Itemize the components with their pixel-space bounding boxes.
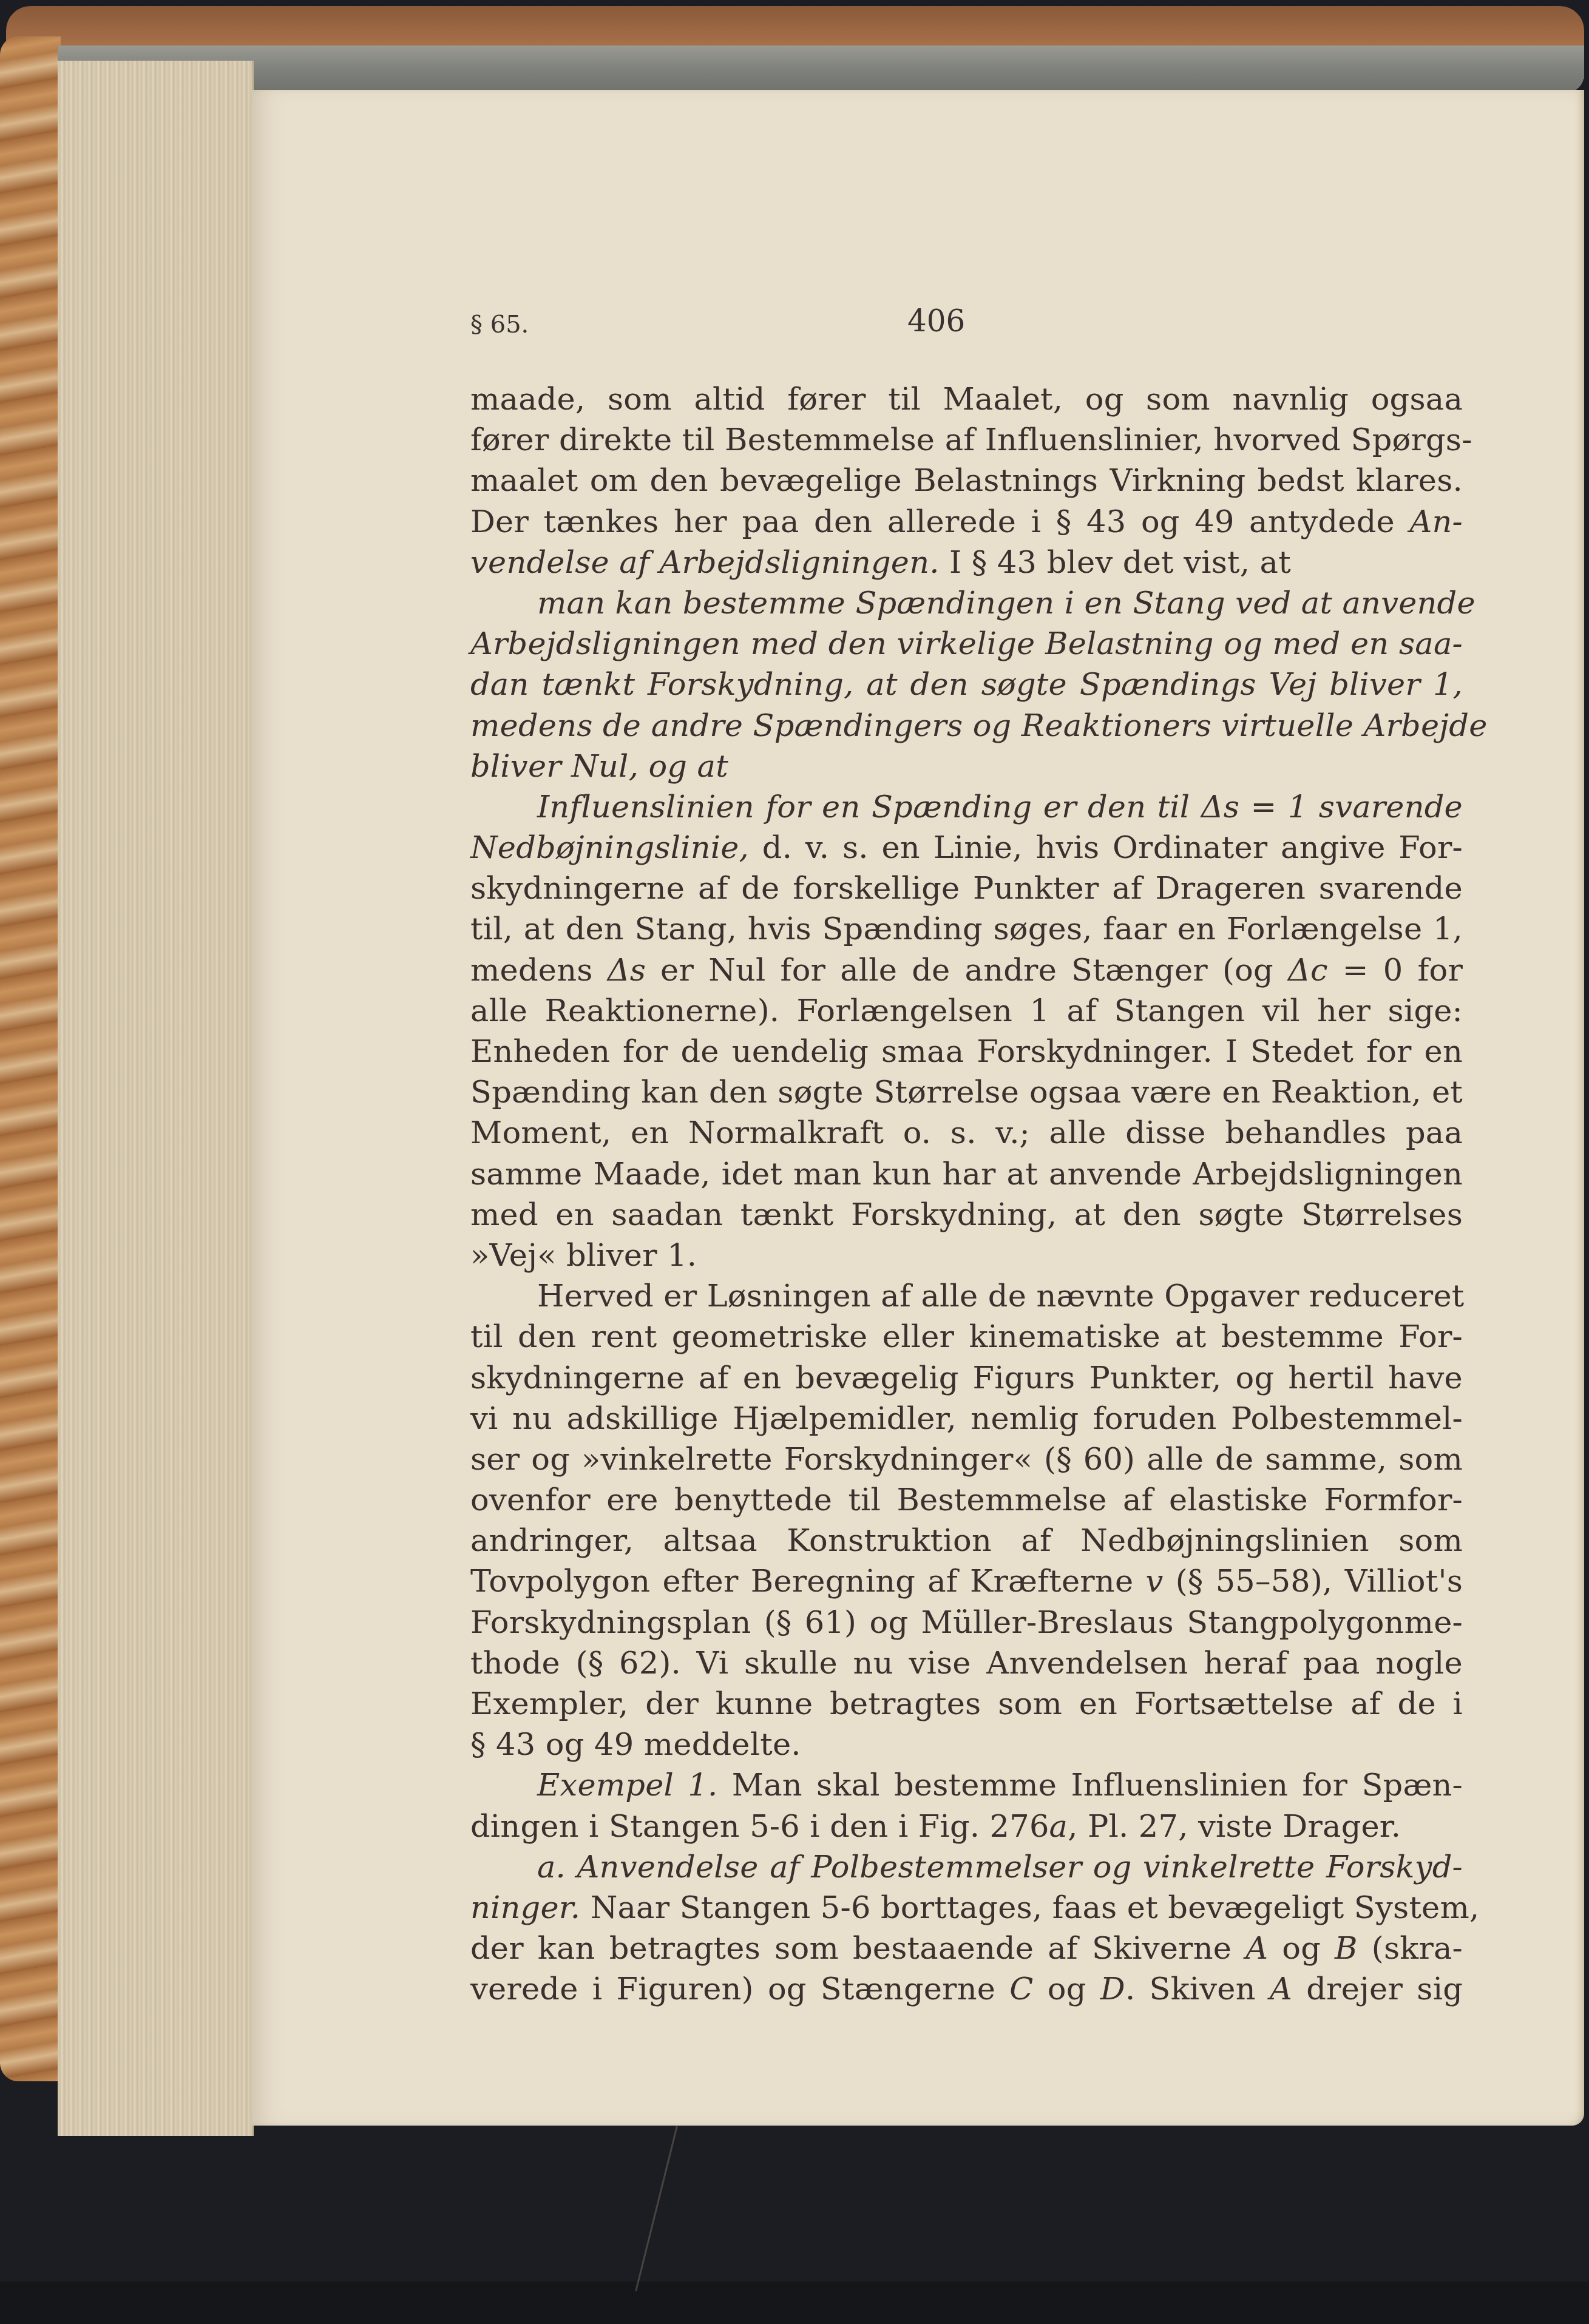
text-line: man kan bestemme Spændingen i en Stang v… [470, 583, 1463, 624]
text-line: samme Maade, idet man kun har at anvende… [470, 1154, 1463, 1195]
text: verede i Figuren) og Stængerne [470, 1971, 1009, 2007]
text-line: verede i Figuren) og Stængerne C og D. S… [470, 1969, 1463, 2010]
text-line: ovenfor ere benyttede til Bestemmelse af… [470, 1480, 1463, 1521]
text: Naar Stangen 5-6 borttages, faas et bevæ… [580, 1890, 1479, 1926]
text-line: Moment, en Normalkraft o. s. v.; alle di… [470, 1113, 1463, 1154]
text: fører direkte til Bestemmelse af Influen… [470, 422, 1472, 458]
text-line: Herved er Løsningen af alle de nævnte Op… [470, 1276, 1463, 1317]
body-text: maade, som altid fører til Maalet, og so… [470, 379, 1463, 2010]
italic-text: Δs [608, 953, 646, 988]
text: og [1268, 1931, 1335, 1967]
text: skydningerne af de forskellige Punkter a… [470, 871, 1463, 907]
paper-crease [635, 2126, 678, 2291]
text: der kan betragtes som bestaaende af Skiv… [470, 1931, 1245, 1967]
text-line: bliver Nul, og at [470, 746, 1463, 787]
text: dingen i Stangen 5-6 i den i Fig. 276 [470, 1809, 1049, 1845]
text-line: maade, som altid fører til Maalet, og so… [470, 379, 1463, 420]
text: med en saadan tænkt Forskydning, at den … [470, 1197, 1463, 1233]
text-line: medens de andre Spændingers og Reaktione… [470, 706, 1463, 746]
text: skydningerne af en bevægelig Figurs Punk… [470, 1360, 1463, 1396]
section-number: § 65. [470, 311, 529, 339]
text: og [1034, 1971, 1100, 2007]
text: = 0 for [1328, 953, 1463, 988]
text: Der tænkes her paa den allerede i § 43 o… [470, 504, 1409, 540]
text-line: Tovpolygon efter Beregning af Kræfterne … [470, 1561, 1463, 1602]
text: Forskydningsplan (§ 61) og Müller-Bresla… [470, 1605, 1463, 1641]
text-line: Exempel 1. Man skal bestemme Influenslin… [470, 1765, 1463, 1806]
text: Enheden for de uendelig smaa Forskydning… [470, 1034, 1463, 1070]
italic-text: A [1270, 1971, 1292, 2007]
text-line: Forskydningsplan (§ 61) og Müller-Bresla… [470, 1603, 1463, 1643]
text: andringer, altsaa Konstruktion af Nedbøj… [470, 1523, 1463, 1559]
text-line: »Vej« bliver 1. [470, 1235, 1463, 1276]
text-line: alle Reaktionerne). Forlængelsen 1 af St… [470, 991, 1463, 1032]
italic-text: D [1100, 1971, 1125, 2007]
text-line: § 43 og 49 meddelte. [470, 1724, 1463, 1765]
text: vi nu adskillige Hjælpemidler, nemlig fo… [470, 1401, 1463, 1437]
running-header: § 65. 406 [470, 303, 1466, 346]
text-line: skydningerne af de forskellige Punkter a… [470, 868, 1463, 909]
italic-text: Influenslinien for en Spænding er den ti… [537, 789, 1463, 825]
text: I § 43 blev det vist, at [940, 545, 1291, 581]
italic-text: Δc [1288, 953, 1328, 988]
text: medens [470, 953, 608, 988]
page-block-top-edge [58, 46, 1584, 93]
text: ser og »vinkelrette Forskydninger« (§ 60… [470, 1442, 1463, 1478]
text-line: Spænding kan den søgte Størrelse ogsaa v… [470, 1072, 1463, 1113]
page-number: 406 [907, 303, 965, 339]
text: Exempler, der kunne betragtes som en For… [470, 1686, 1463, 1722]
text: ovenfor ere benyttede til Bestemmelse af… [470, 1482, 1463, 1518]
text: , Pl. 27, viste Drager. [1068, 1809, 1401, 1845]
text: til, at den Stang, hvis Spænding søges, … [470, 911, 1463, 947]
text-line: dan tænkt Forskydning, at den søgte Spæn… [470, 664, 1463, 705]
text: maade, som altid fører til Maalet, og so… [470, 382, 1463, 417]
text-line: Der tænkes her paa den allerede i § 43 o… [470, 502, 1463, 542]
text: til den rent geometriske eller kinematis… [470, 1319, 1463, 1355]
text-line: Nedbøjningslinie, d. v. s. en Linie, hvi… [470, 828, 1463, 868]
italic-text: Nedbøjningslinie, [470, 830, 749, 866]
text: Moment, en Normalkraft o. s. v.; alle di… [470, 1115, 1463, 1151]
italic-text: An- [1409, 504, 1463, 540]
text-line: dingen i Stangen 5-6 i den i Fig. 276a, … [470, 1806, 1463, 1847]
text-line: der kan betragtes som bestaaende af Skiv… [470, 1928, 1463, 1969]
text-line: vi nu adskillige Hjælpemidler, nemlig fo… [470, 1399, 1463, 1439]
text-line: Enheden for de uendelig smaa Forskydning… [470, 1032, 1463, 1072]
italic-text: Arbejdsligningen med den virkelige Belas… [470, 626, 1463, 662]
text: maalet om den bevægelige Belastnings Vir… [470, 463, 1463, 499]
text-line: med en saadan tænkt Forskydning, at den … [470, 1195, 1463, 1235]
text-line: Influenslinien for en Spænding er den ti… [470, 787, 1463, 828]
text-line: thode (§ 62). Vi skulle nu vise Anvendel… [470, 1643, 1463, 1684]
text: drejer sig [1292, 1971, 1463, 2007]
text-line: vendelse af Arbejdsligningen. I § 43 ble… [470, 542, 1463, 583]
text: »Vej« bliver 1. [470, 1238, 697, 1274]
italic-text: vendelse af Arbejdsligningen. [470, 545, 940, 581]
text: . Skiven [1125, 1971, 1270, 2007]
text: er Nul for alle de andre Stænger (og [646, 953, 1288, 988]
italic-text: v [1145, 1564, 1163, 1599]
italic-text: dan tænkt Forskydning, at den søgte Spæn… [470, 667, 1463, 703]
italic-text: man kan bestemme Spændingen i en Stang v… [537, 586, 1475, 621]
text-line: skydningerne af en bevægelig Figurs Punk… [470, 1358, 1463, 1399]
text-line: ninger. Naar Stangen 5-6 borttages, faas… [470, 1888, 1463, 1928]
italic-text: C [1009, 1971, 1033, 2007]
text: Man skal bestemme Influenslinien for Spæ… [717, 1768, 1463, 1803]
text: Herved er Løsningen af alle de nævnte Op… [537, 1279, 1465, 1314]
text: (skra- [1358, 1931, 1463, 1967]
background-surface [0, 2282, 1589, 2324]
page-stack-edges [58, 61, 254, 2136]
text: Tovpolygon efter Beregning af Kræfterne [470, 1564, 1145, 1599]
text-line: til den rent geometriske eller kinematis… [470, 1317, 1463, 1357]
text-line: a. Anvendelse af Polbestemmelser og vink… [470, 1847, 1463, 1888]
text: thode (§ 62). Vi skulle nu vise Anvendel… [470, 1646, 1463, 1681]
text: § 43 og 49 meddelte. [470, 1727, 801, 1763]
italic-text: a. Anvendelse af Polbestemmelser og vink… [537, 1849, 1463, 1885]
italic-text: B [1335, 1931, 1358, 1967]
italic-text: ninger. [470, 1890, 580, 1926]
text-line: Exempler, der kunne betragtes som en For… [470, 1684, 1463, 1724]
italic-text: A [1245, 1931, 1268, 1967]
italic-text: bliver Nul, og at [470, 749, 728, 785]
text: (§ 55–58), Villiot's [1163, 1564, 1463, 1599]
text: d. v. s. en Linie, hvis Ordinater angive… [749, 830, 1463, 866]
italic-text: Exempel 1. [537, 1768, 717, 1803]
book-cover-marbled-spine [0, 36, 61, 2081]
italic-text: a [1049, 1809, 1068, 1845]
italic-text: medens de andre Spændingers og Reaktione… [470, 708, 1488, 744]
text-line: ser og »vinkelrette Forskydninger« (§ 60… [470, 1439, 1463, 1480]
text: alle Reaktionerne). Forlængelsen 1 af St… [470, 993, 1463, 1029]
text-line: Arbejdsligningen med den virkelige Belas… [470, 624, 1463, 664]
text-line: maalet om den bevægelige Belastnings Vir… [470, 461, 1463, 501]
text-line: til, at den Stang, hvis Spænding søges, … [470, 909, 1463, 950]
text: Spænding kan den søgte Størrelse ogsaa v… [470, 1075, 1463, 1110]
text-line: andringer, altsaa Konstruktion af Nedbøj… [470, 1521, 1463, 1561]
text: samme Maade, idet man kun har at anvende… [470, 1157, 1463, 1192]
text-line: fører direkte til Bestemmelse af Influen… [470, 420, 1463, 461]
text-line: medens Δs er Nul for alle de andre Stæng… [470, 950, 1463, 991]
